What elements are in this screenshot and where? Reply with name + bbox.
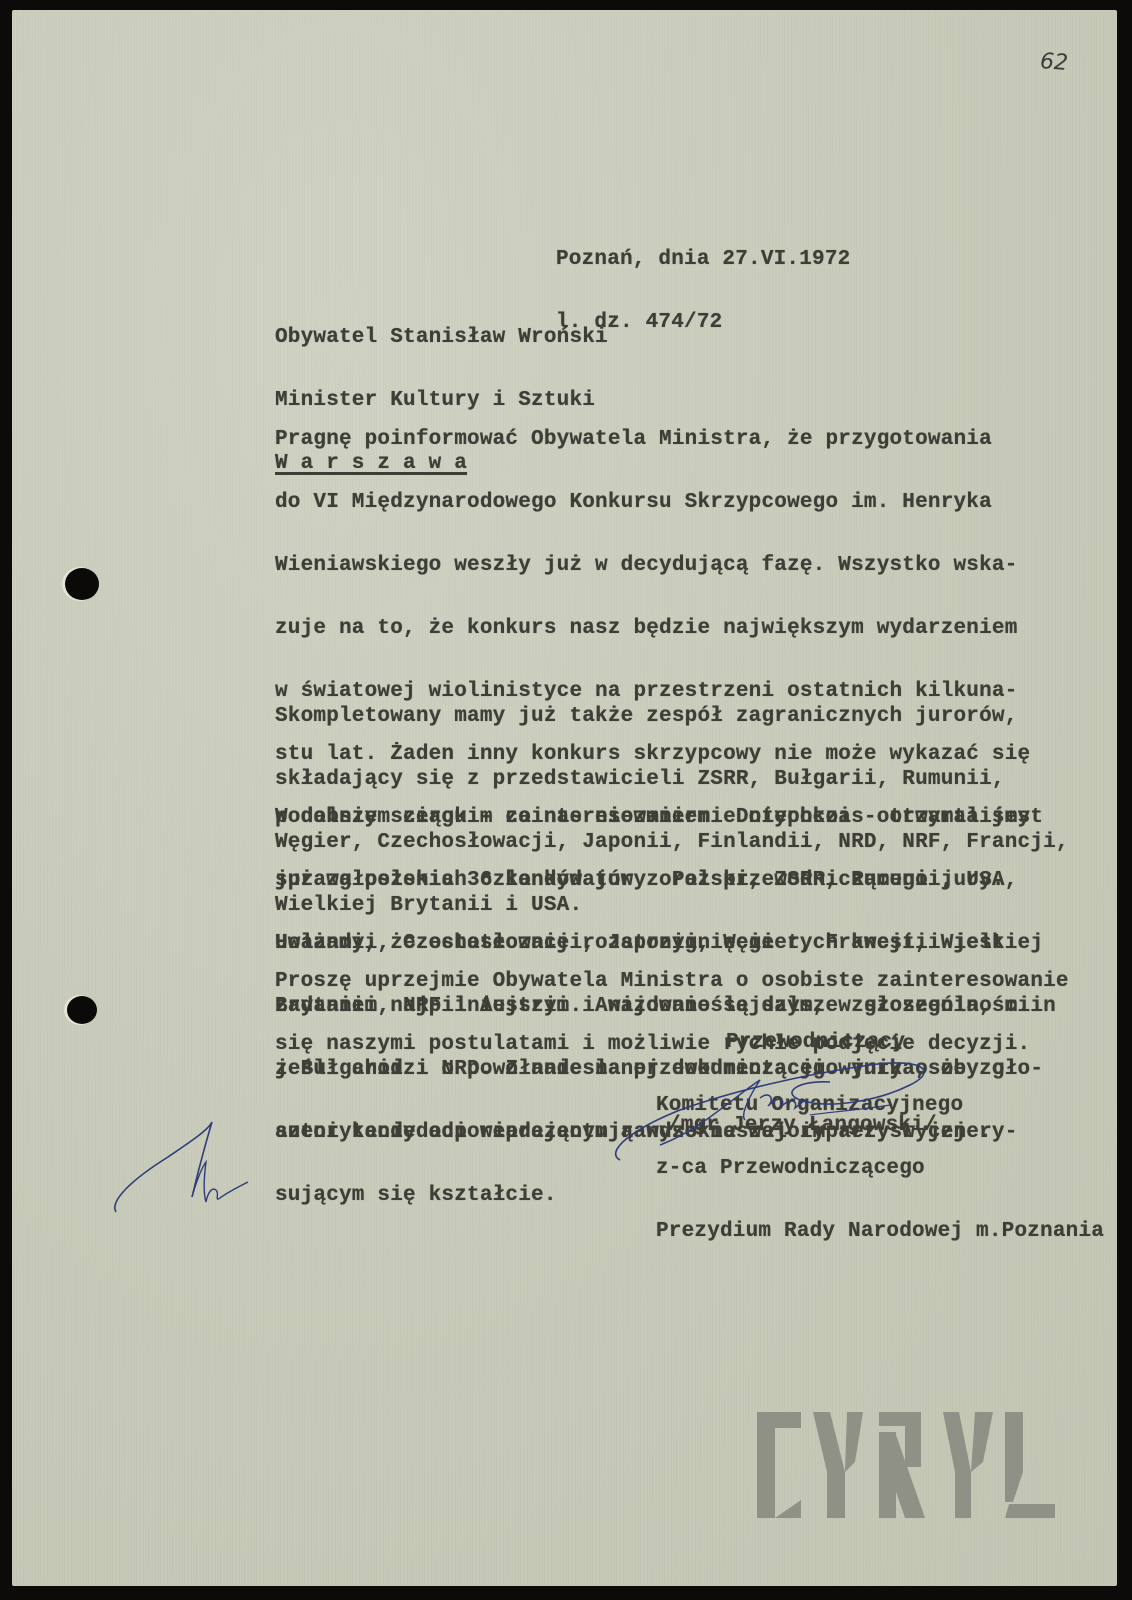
recipient-name: Obywatel Stanisław Wroński — [275, 327, 608, 348]
text-line: Wieniawskiego weszły już w decydującą fa… — [275, 555, 1056, 576]
page-number: 62 — [1039, 49, 1069, 76]
punch-hole — [65, 568, 99, 600]
text-line: zuje na to, że konkurs nasz będzie najwi… — [275, 618, 1056, 639]
handwritten-signature-icon — [600, 1040, 960, 1170]
text-line: Proszę uprzejmie Obywatela Ministra o os… — [275, 971, 1069, 992]
punch-hole — [67, 996, 97, 1024]
text-line: Skompletowany mamy już także zespół zagr… — [275, 706, 1069, 727]
text-line: W dalszym ciągu - co nas niezmiernie nie… — [275, 807, 1043, 828]
cyryl-watermark-logo — [755, 1412, 1085, 1552]
text-line: sprawa polskich członków jury oraz przew… — [275, 870, 1043, 891]
text-line: do VI Międzynarodowego Konkursu Skrzypco… — [275, 492, 1056, 513]
place-date: Poznań, dnia 27.VI.1972 — [556, 249, 850, 270]
text-line: Pragnę poinformować Obywatela Ministra, … — [275, 429, 1056, 450]
initials-signature-icon — [108, 1112, 258, 1222]
signatory-council: Prezydium Rady Narodowej m.Poznania — [656, 1221, 1104, 1242]
